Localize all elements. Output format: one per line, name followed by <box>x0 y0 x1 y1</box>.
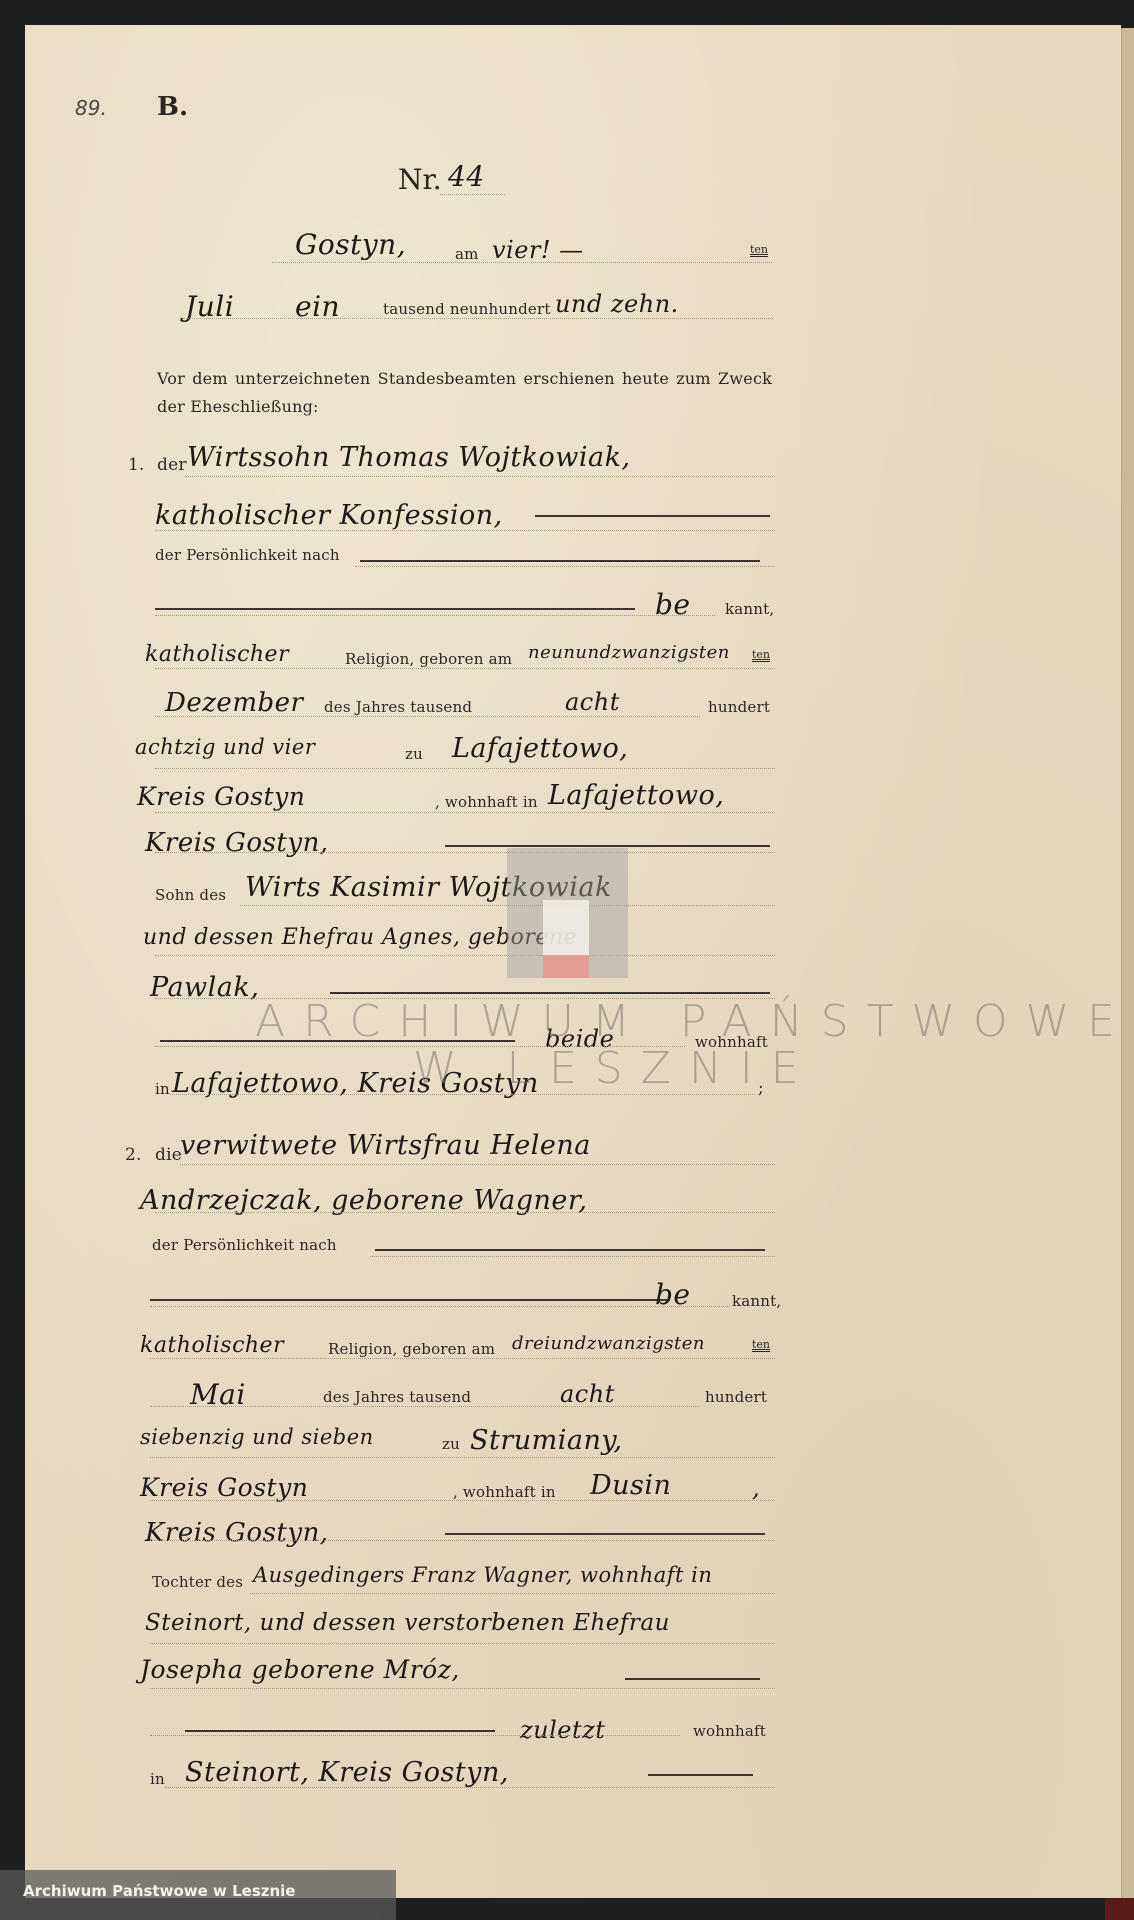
bride-birth-year: siebenzig und sieben <box>140 1425 374 1449</box>
dotted-line <box>155 716 700 717</box>
watermark-flag-red <box>543 955 589 978</box>
dotted-line <box>150 1540 775 1541</box>
hundert-label: hundert <box>708 698 770 716</box>
day-suffix: ten <box>750 243 768 256</box>
groom-number: 1. <box>128 455 145 475</box>
dash-line <box>185 1730 495 1732</box>
watermark-text-line1: ARCHIWUM PAŃSTWOWE <box>255 996 1133 1047</box>
am-label: am <box>455 245 479 263</box>
dotted-line <box>183 318 773 319</box>
day-suffix: ten <box>752 1338 770 1351</box>
archive-banner-label: Archiwum Państwowe w Lesznie <box>23 1882 295 1900</box>
bride-birth-day: dreiundzwanzigsten <box>512 1333 705 1354</box>
adjacent-page-edge <box>1121 28 1134 1898</box>
wohnhaft-label: , wohnhaft in <box>453 1483 556 1501</box>
dash-line <box>445 1533 765 1535</box>
dash-line <box>535 515 770 517</box>
dotted-line <box>155 955 775 956</box>
groom-residence-district: Kreis Gostyn, <box>145 828 329 858</box>
religion-label: Religion, geboren am <box>328 1340 495 1358</box>
dotted-line <box>150 1306 730 1307</box>
day-suffix: ten <box>752 648 770 661</box>
bride-father: Ausgedingers Franz Wagner, wohnhaft in <box>253 1563 712 1587</box>
bride-number: 2. <box>125 1145 142 1165</box>
jahres-label: des Jahres tausend <box>324 698 472 716</box>
bride-father-residence: Steinort, und dessen verstorbenen Ehefra… <box>145 1610 670 1636</box>
groom-article: der <box>157 455 187 475</box>
intro-text: Vor dem unterzeichneten Standesbeamten e… <box>157 365 772 421</box>
dotted-line <box>155 615 715 616</box>
dotted-line <box>170 1094 755 1095</box>
year-handwritten: und zehn. <box>555 290 679 318</box>
dash-line <box>155 608 635 610</box>
dotted-line <box>150 1735 680 1736</box>
groom-birth-district: Kreis Gostyn <box>137 782 305 811</box>
dotted-line <box>370 1256 775 1257</box>
record-number-value: 44 <box>448 160 485 193</box>
groom-religion: katholischer <box>145 642 289 667</box>
bride-parents-residence: Steinort, Kreis Gostyn, <box>185 1757 509 1788</box>
bride-name: verwitwete Wirtsfrau Helena <box>180 1130 591 1161</box>
dotted-line <box>155 530 775 531</box>
dotted-line <box>155 812 775 813</box>
bride-birthplace: Strumiany, <box>470 1425 623 1456</box>
dotted-line <box>155 768 775 769</box>
dotted-line <box>355 566 775 567</box>
bride-mother: Josepha geborene Mróz, <box>140 1655 460 1684</box>
bride-religion: katholischer <box>140 1333 284 1358</box>
dash-line <box>150 1299 670 1301</box>
hundert-label: hundert <box>705 1388 767 1406</box>
wohnhaft-label: , wohnhaft in <box>435 793 538 811</box>
bride-residence-comma: , <box>752 1474 760 1502</box>
dotted-line <box>155 668 775 669</box>
dotted-line <box>150 1358 775 1359</box>
bride-birth-century: acht <box>560 1380 615 1408</box>
groom-status: katholischer Konfession, <box>155 500 503 531</box>
kannt-label: kannt, <box>732 1292 781 1310</box>
dotted-line <box>440 194 505 195</box>
in-label: in <box>150 1770 165 1788</box>
watermark-text-line2: W LESZNIE <box>413 1043 817 1094</box>
dash-line <box>330 992 770 994</box>
dotted-line <box>150 1406 700 1407</box>
groom-birth-month: Dezember <box>165 688 303 718</box>
dotted-line <box>165 1787 775 1788</box>
bride-parents-residence-hand: zuletzt <box>520 1716 605 1744</box>
dash-line <box>360 560 760 562</box>
watermark-flag-white <box>543 900 589 956</box>
bride-residence-district: Kreis Gostyn, <box>145 1518 329 1548</box>
tochter-label: Tochter des <box>152 1573 243 1591</box>
dash-line <box>375 1249 765 1251</box>
place-name: Gostyn, <box>295 228 406 261</box>
identity-label: der Persönlichkeit nach <box>155 546 340 564</box>
dotted-line <box>150 1643 775 1644</box>
binding-edge <box>1105 1898 1134 1920</box>
dotted-line <box>180 1164 775 1165</box>
groom-residence: Lafajettowo, <box>548 780 724 811</box>
dotted-line <box>272 262 772 263</box>
dash-line <box>648 1774 753 1776</box>
bride-article: die <box>155 1145 182 1165</box>
dotted-line <box>185 476 775 477</box>
dash-line <box>625 1678 760 1680</box>
zu-label: zu <box>405 745 423 763</box>
margin-page-number: 89. <box>75 96 107 120</box>
groom-birthplace: Lafajettowo, <box>452 733 628 764</box>
dotted-line <box>250 1593 775 1594</box>
jahres-label: des Jahres tausend <box>323 1388 471 1406</box>
identity-label: der Persönlichkeit nach <box>152 1236 337 1254</box>
identity-handwritten: be <box>655 588 691 621</box>
dotted-line <box>155 852 775 853</box>
dotted-line <box>155 1212 775 1213</box>
zu-label: zu <box>442 1435 460 1453</box>
bride-birth-district: Kreis Gostyn <box>140 1473 308 1502</box>
section-letter: B. <box>157 92 188 122</box>
dotted-line <box>150 1500 775 1501</box>
religion-label: Religion, geboren am <box>345 650 512 668</box>
groom-name: Wirtssohn Thomas Wojtkowiak, <box>187 442 631 473</box>
groom-birth-year: achtzig und vier <box>135 735 315 759</box>
wedding-day: vier! — <box>492 236 584 264</box>
in-label: in <box>155 1080 170 1098</box>
wohnhaft-label: wohnhaft <box>693 1722 766 1740</box>
dash-line <box>445 845 770 847</box>
dotted-line <box>150 1457 775 1458</box>
year-printed: tausend neunhundert <box>383 300 551 318</box>
kannt-label: kannt, <box>725 600 774 618</box>
sohn-label: Sohn des <box>155 886 226 904</box>
dotted-line <box>150 1688 775 1689</box>
groom-birth-day: neunundzwanzigsten <box>528 642 730 663</box>
bride-residence: Dusin <box>590 1470 671 1501</box>
record-number-label: Nr. <box>398 163 442 196</box>
groom-birth-century: acht <box>565 688 620 716</box>
